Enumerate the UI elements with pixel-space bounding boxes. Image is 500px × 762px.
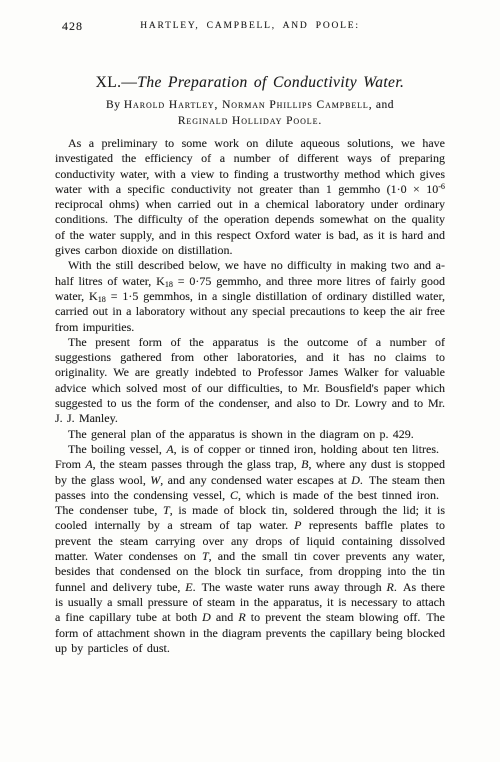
page-header: 428 HARTLEY, CAMPBELL, AND POOLE: xyxy=(55,19,445,35)
byline-line-2: Reginald Holliday Poole. xyxy=(0,114,500,130)
article-body: As a preliminary to some work on dilute … xyxy=(55,136,445,656)
paragraph-apparatus-description: The boiling vessel, A, is of copper or t… xyxy=(55,442,445,656)
paragraph-acknowledgements: The present form of the apparatus is the… xyxy=(55,335,445,427)
byline-line-1: By Harold Hartley, Norman Phillips Campb… xyxy=(0,98,500,114)
paragraph-diagram-reference: The general plan of the apparatus is sho… xyxy=(55,427,445,442)
page-number: 428 xyxy=(62,19,83,34)
document-page: 428 HARTLEY, CAMPBELL, AND POOLE: XL.—Th… xyxy=(0,0,500,762)
paragraph-introduction: As a preliminary to some work on dilute … xyxy=(55,136,445,258)
running-head: HARTLEY, CAMPBELL, AND POOLE: xyxy=(55,19,445,31)
article-title: XL.—The Preparation of Conductivity Wate… xyxy=(0,74,500,92)
article-byline: By Harold Hartley, Norman Phillips Campb… xyxy=(0,98,500,129)
paragraph-still-results: With the still described below, we have … xyxy=(55,258,445,334)
